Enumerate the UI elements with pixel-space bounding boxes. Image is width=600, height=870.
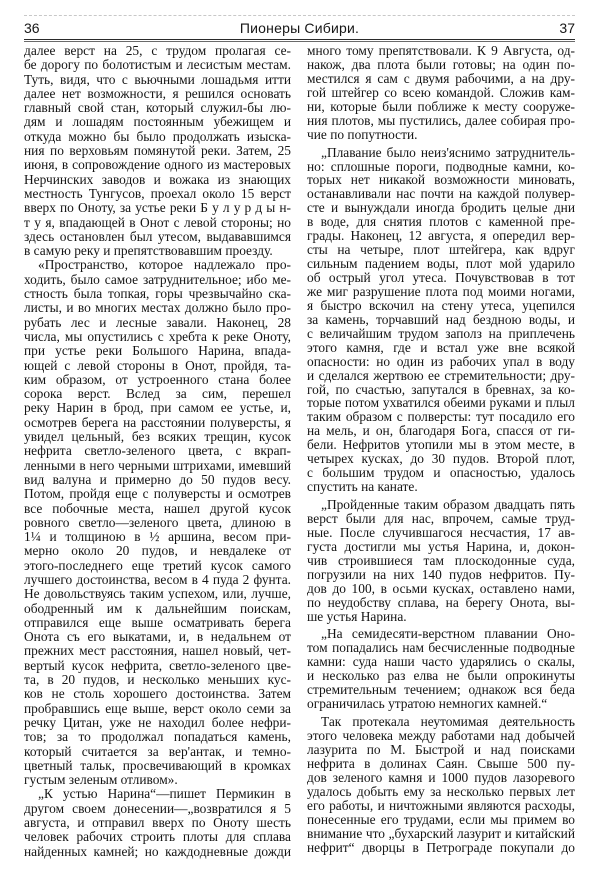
text-line: та, в 20 пудов, и несколько меньших кус-: [24, 673, 291, 687]
text-line: много тому препятствовали. К 9 Августа, …: [307, 44, 575, 58]
text-line: Не довольствуясь таким успехом, или, луч…: [24, 587, 291, 601]
text-line: при устье реки Большого Нарина, впада-: [24, 344, 291, 358]
text-line: торых нет никакой возможности миновать,: [307, 173, 575, 187]
text-line: ния по верховьям помянутой реки. Затем, …: [24, 144, 291, 158]
text-line: т у я, впадающей в Онот с левой стороны;…: [24, 216, 291, 230]
text-line: ровного светло—зеленого цвета, длиною в: [24, 516, 291, 530]
text-line: с большим трудом и опасностью, удалось: [307, 466, 575, 480]
text-line: человек рабочих строить плоты для сплава: [24, 830, 291, 844]
text-line: нефрита светло-зеленого цвета, с вкрап-: [24, 444, 291, 458]
text-line: рубать лес и лесные завали. Наконец, 28: [24, 316, 291, 330]
text-line: на мель, и он, благодаря Бога, спасся от…: [307, 424, 575, 438]
text-line: дов зеленого камня и 1000 пудов лазорево…: [307, 771, 575, 785]
book-page-spread: 36 Пионеры Сибири. 37 далее верст на 25,…: [0, 0, 600, 870]
text-line: бели. Нефритов утопили мы в этом месте, …: [307, 438, 575, 452]
text-line: пробравшись еще выше, верст около семи з…: [24, 702, 291, 716]
top-edge-rule: [24, 15, 575, 16]
text-line: сильным падением воды, плот мой ударило: [307, 257, 575, 271]
text-line: другом своем донесении—„возвратился я 5: [24, 802, 291, 816]
text-line: найденных камней; но каждодневные дожди: [24, 845, 291, 859]
text-line: ленными в него черными штрихами, имевший: [24, 459, 291, 473]
text-line: в воде, для снятия плотов с каменной пре…: [307, 215, 575, 229]
text-line: с величайшим трудом заполз на приплечень: [307, 327, 575, 341]
text-line: ограничилась утратою немногих камней.“: [307, 697, 575, 711]
text-line: четырех кусках, до 30 пудов. Второй плот…: [307, 452, 575, 466]
text-line: нефрит“ дворцы в Петрограде покупали до: [307, 841, 575, 855]
text-line: и сделался жертвою ее стремительности; д…: [307, 369, 575, 383]
text-line: листы, и во многих местах должно было пр…: [24, 301, 291, 315]
text-line: Туть, видя, что с вьючными лошадьмя итти: [24, 73, 291, 87]
text-line: том попадались нам бесчисленные подводны…: [307, 641, 575, 655]
running-head: 36 Пионеры Сибири. 37: [24, 18, 575, 38]
text-line: гой штейгер со всею командой. Сложив кам…: [307, 86, 575, 100]
text-line: прежних мест расстояния, нашел новый, че…: [24, 644, 291, 658]
text-line: дям и лошадям постоянным убежищем и: [24, 115, 291, 129]
text-line: сты на четыре, плот штейгера, как вдруг: [307, 243, 575, 257]
text-line: внимание что „бухарский лазурит и китайс…: [307, 827, 575, 841]
text-line: понесенные его трудами, если мы примем в…: [307, 813, 575, 827]
text-line: местился я сам с двумя рабочими, а на др…: [307, 72, 575, 86]
text-line: за камень, торчавший над бездною воды, и: [307, 313, 575, 327]
text-line: тов; за то продолжал попадаться камень,: [24, 730, 291, 744]
text-line: верст были для нас, впрочем, самые труд-: [307, 512, 575, 526]
text-line: 1¼ и толщиною в ½ аршина, весом при-: [24, 530, 291, 544]
text-line: густа достигли мы устья Нарина, и, докон…: [307, 540, 575, 554]
text-line: далее верст на 25, с трудом пролагая се-: [24, 44, 291, 58]
text-line: ния плотов, мы пустились, далее собирая …: [307, 114, 575, 128]
text-line: здесь остановлен был утесом, выдававшимс…: [24, 230, 291, 244]
text-line: ким образом, от устроенного стана более: [24, 373, 291, 387]
text-line: его работы, и ничтожными являются расход…: [307, 799, 575, 813]
text-line: числа, мы опустились с хребта к реке Оно…: [24, 330, 291, 344]
text-line: и несколько раз елва не были опрокинуты: [307, 669, 575, 683]
text-line: Потом, пройдя еще с полуверсты и осмотре…: [24, 487, 291, 501]
text-line: стность была топкая, горы чрезвычайно ск…: [24, 287, 291, 301]
paragraph-start-line: „Пройденные таким образом двадцать пять: [307, 498, 575, 512]
text-line: августа, и отправил вверх по Оноту шесть: [24, 816, 291, 830]
text-line: сте и вынуждали иногда бродить целые дни: [307, 201, 575, 215]
text-line: увидел цельный, без всяких трещин, кусок: [24, 430, 291, 444]
text-line: я быстро вскочил на стену утеса, уцепилс…: [307, 299, 575, 313]
text-line: лучшего достоинства, весом в 4 пуда 2 фу…: [24, 573, 291, 587]
paragraph-start-line: „Плавание было неиз'яснимо затруднитель-: [307, 146, 575, 160]
page-number-right: 37: [559, 20, 575, 36]
text-line: этого человека между работами над добыче…: [307, 729, 575, 743]
text-line: вид валуна и примерно до 50 пудов весу.: [24, 473, 291, 487]
paragraph-start-line: „На семидесяти-верстном плавании Оно-: [307, 627, 575, 641]
text-line: ободренный им к дальнейшим поискам,: [24, 602, 291, 616]
text-line: вверх по Оноту, за устье реки Б у л у р …: [24, 201, 291, 215]
text-line: но: сплошные пороги, подводные камни, ко…: [307, 160, 575, 174]
paragraph-start-line: Так протекала неутомимая деятельность: [307, 715, 575, 729]
text-line: все побочные места, нашел другой кусок: [24, 502, 291, 516]
text-line: ни, которые были поближе к месту сооруже…: [307, 100, 575, 114]
text-line: Онота съ его выкатами, и, в недальнем от: [24, 630, 291, 644]
text-line: ков не столь хорошего достоинства. Затем: [24, 687, 291, 701]
text-line: июня, в сопровождение одного из мастеров…: [24, 158, 291, 172]
right-text-column: много тому препятствовали. К 9 Августа, …: [307, 44, 575, 854]
text-line: чие по попутности.: [307, 128, 575, 142]
running-title: Пионеры Сибири.: [24, 20, 575, 36]
text-line: грады. Наконец, 12 августа, я опередил в…: [307, 229, 575, 243]
text-line: ше устья Нарина.: [307, 610, 575, 624]
text-line: этого-последнего еще третий кусок самого: [24, 559, 291, 573]
text-line: лазурита по М. Быстрой и над поисками: [307, 743, 575, 757]
text-line: главный свой стан, который служил-бы лю-: [24, 101, 291, 115]
text-line: далее нет возможности, я решился основат…: [24, 87, 291, 101]
text-line: Нерчинских заводов и вожака из знающих: [24, 173, 291, 187]
text-line: сорока верст. Вслед за сим, перешел: [24, 387, 291, 401]
text-line: речку Цитан, уже не находил более нефри-: [24, 716, 291, 730]
text-line: реку Нарин в брод, при самом ее устье, и…: [24, 401, 291, 415]
text-line: камни: суда наши часто ударялись о скалы…: [307, 655, 575, 669]
text-line: погрузили на них 140 пудов нефритов. Пу-: [307, 568, 575, 582]
paragraph-start-line: „К устью Нарина“—пишет Пермикин в: [24, 787, 291, 801]
paragraph-start-line: «Пространство, которое надлежало про-: [24, 258, 291, 272]
text-line: торые потом ухватился обеими руками и пл…: [307, 396, 575, 410]
text-line: откуда можно бы было продолжать изыска-: [24, 130, 291, 144]
text-line: ные. После случившагося несчастия, 17 ав…: [307, 526, 575, 540]
text-line: нефрита в долинах Саян. Свыше 500 пу-: [307, 757, 575, 771]
left-text-column: далее верст на 25, с трудом пролагая се-…: [24, 44, 291, 859]
text-line: в самую реку и препятствовавшим проезду.: [24, 244, 291, 258]
text-line: об острый угол утеса. Почувствовав в тот: [307, 271, 575, 285]
text-line: чив строившиеся там плоскодонные суда,: [307, 554, 575, 568]
text-line: этого камня, где и встал уже вне всякой: [307, 341, 575, 355]
text-line: бе дорогу по болотистым и лесистым места…: [24, 58, 291, 72]
text-line: ходить, было самое затруднительное; ибо …: [24, 273, 291, 287]
text-line: же миг разрушение плота под моими ногами…: [307, 285, 575, 299]
text-line: местность Тунгусов, проехал около 15 вер…: [24, 187, 291, 201]
text-line: густым зеленым отливом».: [24, 773, 291, 787]
text-line: по неудобству сплава, на берегу Онота, в…: [307, 596, 575, 610]
text-line: удалось добыть ему за несколько первых л…: [307, 785, 575, 799]
text-line: цветный тальк, просвечивающий в кромках: [24, 759, 291, 773]
text-line: мерно около 20 пудов, и невдалеке от: [24, 544, 291, 558]
text-line: осмотрев берега на расстоянии полуверсты…: [24, 416, 291, 430]
text-line: останавливали нас почти на каждой полуве…: [307, 187, 575, 201]
text-line: опасности: но один из рабочих упал в вод…: [307, 355, 575, 369]
text-line: вертый кусок нефрита, светло-зеленого цв…: [24, 659, 291, 673]
text-line: дов до 100, в осьми кусках, оставлено на…: [307, 582, 575, 596]
text-line: накож, два плота были готовы; на один по…: [307, 58, 575, 72]
text-line: отправился еще выше осматривать берега: [24, 616, 291, 630]
text-line: который считается за вер'антак, и темно-: [24, 745, 291, 759]
header-double-rule: [24, 39, 575, 42]
text-line: спустить на канате.: [307, 480, 575, 494]
text-line: гой, по счастью, запутался в бревнах, за…: [307, 383, 575, 397]
text-line: таким образом с полверсты: тут посадило …: [307, 410, 575, 424]
text-line: ющей с левой стороны в Онот, пройдя, та-: [24, 359, 291, 373]
text-line: стремительным течением; однакож вся беда: [307, 683, 575, 697]
